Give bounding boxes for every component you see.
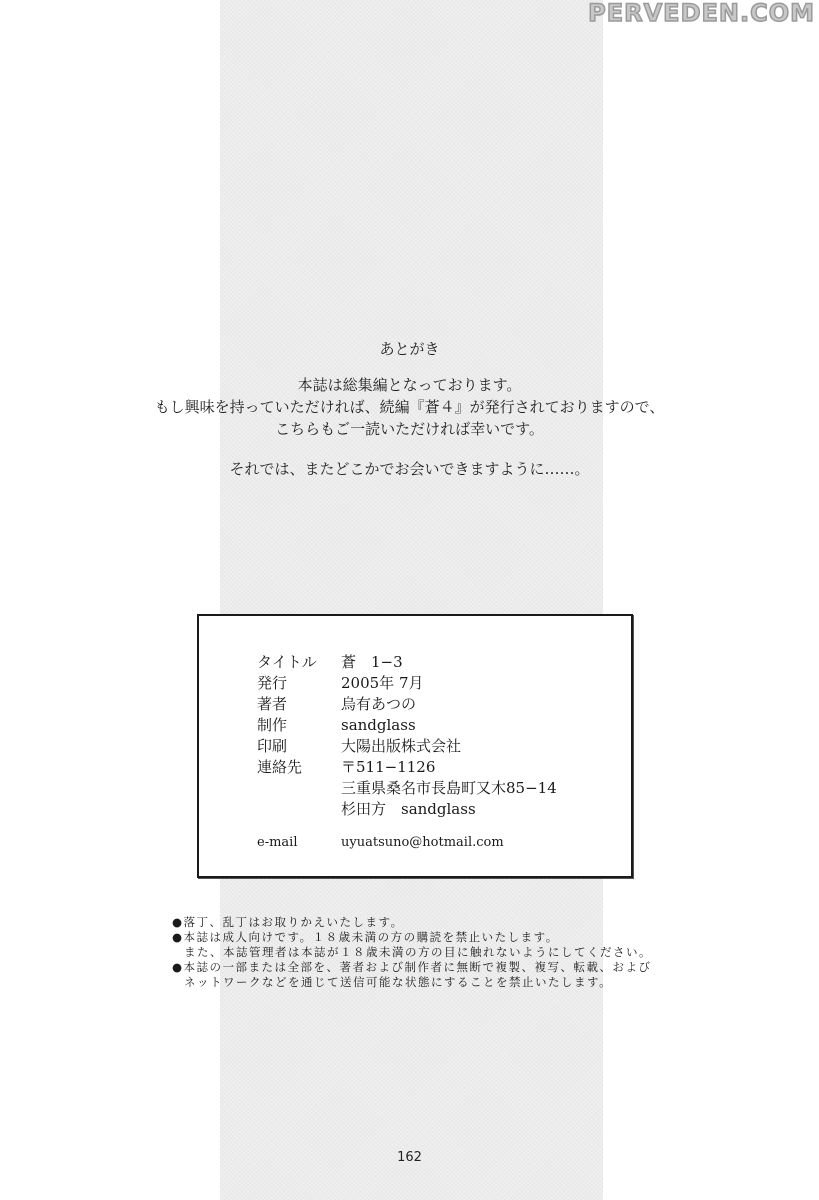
colophon-row-production: 制作 sandglass (257, 715, 557, 736)
colophon-value: 烏有あつの (341, 694, 557, 715)
page-number: 162 (0, 1150, 819, 1165)
colophon-row-printing: 印刷 大陽出版株式会社 (257, 736, 557, 757)
afterword-line: こちらもご一読いただければ幸いです。 (0, 418, 819, 440)
colophon-value: 2005年 7月 (341, 673, 557, 694)
colophon-label: 印刷 (257, 736, 341, 757)
legal-notes: ●落丁、乱丁はお取りかえいたします。 ●本誌は成人向けです。１８歳未満の方の購読… (172, 915, 652, 990)
afterword-section: あとがき 本誌は総集編となっております。 もし興味を持っていただければ、続編『蒼… (0, 338, 819, 480)
contact-care-of: 杉田方 sandglass (341, 799, 557, 820)
colophon-value: 大陽出版株式会社 (341, 736, 557, 757)
colophon-label: 発行 (257, 673, 341, 694)
colophon-label: タイトル (257, 652, 341, 673)
colophon-label: 連絡先 (257, 757, 341, 820)
colophon-table: タイトル 蒼 1−3 発行 2005年 7月 著者 烏有あつの 制作 sandg… (257, 652, 557, 853)
contact-address: 三重県桑名市長島町又木85−14 (341, 778, 557, 799)
colophon-row-contact: 連絡先 〒511−1126 三重県桑名市長島町又木85−14 杉田方 sandg… (257, 757, 557, 820)
note-line: また、本誌管理者は本誌が１８歳未満の方の目に触れないようにしてください。 (172, 945, 652, 960)
afterword-line: 本誌は総集編となっております。 (0, 374, 819, 396)
note-line: ネットワークなどを通じて送信可能な状態にすることを禁止いたします。 (172, 975, 652, 990)
colophon-row-author: 著者 烏有あつの (257, 694, 557, 715)
colophon-box: タイトル 蒼 1−3 発行 2005年 7月 著者 烏有あつの 制作 sandg… (197, 614, 633, 878)
colophon-label: 制作 (257, 715, 341, 736)
colophon-value: 〒511−1126 三重県桑名市長島町又木85−14 杉田方 sandglass (341, 757, 557, 820)
note-line: ●本誌の一部または全部を、著者および制作者に無断で複製、複写、転載、および (172, 960, 652, 975)
colophon-label: 著者 (257, 694, 341, 715)
email-address: uyuatsuno@hotmail.com (341, 820, 557, 853)
background-band (220, 0, 603, 1200)
note-line: ●落丁、乱丁はお取りかえいたします。 (172, 915, 652, 930)
colophon-row-title: タイトル 蒼 1−3 (257, 652, 557, 673)
afterword-heading: あとがき (0, 338, 819, 360)
colophon-label: e-mail (257, 820, 341, 853)
colophon-row-email: e-mail uyuatsuno@hotmail.com (257, 820, 557, 853)
contact-postal-code: 〒511−1126 (341, 757, 557, 778)
watermark-logo: PERVEDEN.COM (588, 0, 815, 26)
note-line: ●本誌は成人向けです。１８歳未満の方の購読を禁止いたします。 (172, 930, 652, 945)
colophon-value: 蒼 1−3 (341, 652, 557, 673)
afterword-line: もし興味を持っていただければ、続編『蒼４』が発行されておりますので、 (0, 396, 819, 418)
afterword-closing: それでは、またどこかでお会いできますように……。 (0, 458, 819, 480)
colophon-row-published: 発行 2005年 7月 (257, 673, 557, 694)
colophon-value: sandglass (341, 715, 557, 736)
